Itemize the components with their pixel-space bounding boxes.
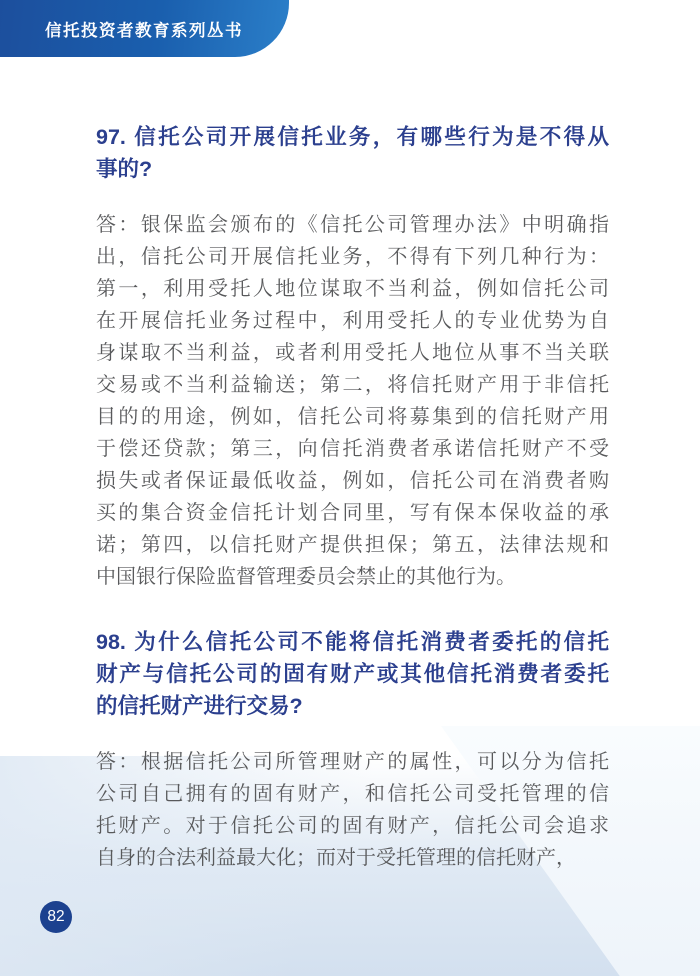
- question-97-answer: 答：银保监会颁布的《信托公司管理办法》中明确指出，信托公司开展信托业务，不得有下…: [96, 209, 609, 593]
- question-97-title: 97. 信托公司开展信托业务，有哪些行为是不得从事的?: [96, 121, 609, 185]
- page-number-badge: 82: [40, 901, 72, 933]
- question-98-answer: 答：根据信托公司所管理财产的属性，可以分为信托公司自己拥有的固有财产，和信托公司…: [96, 746, 609, 874]
- question-98-title: 98. 为什么信托公司不能将信托消费者委托的信托财产与信托公司的固有财产或其他信…: [96, 626, 609, 722]
- qa-item-98: 98. 为什么信托公司不能将信托消费者委托的信托财产与信托公司的固有财产或其他信…: [96, 626, 609, 874]
- book-page: 信托投资者教育系列丛书 97. 信托公司开展信托业务，有哪些行为是不得从事的? …: [0, 0, 700, 976]
- page-number: 82: [47, 908, 64, 926]
- page-content: 97. 信托公司开展信托业务，有哪些行为是不得从事的? 答：银保监会颁布的《信托…: [96, 0, 609, 874]
- qa-item-97: 97. 信托公司开展信托业务，有哪些行为是不得从事的? 答：银保监会颁布的《信托…: [96, 121, 609, 593]
